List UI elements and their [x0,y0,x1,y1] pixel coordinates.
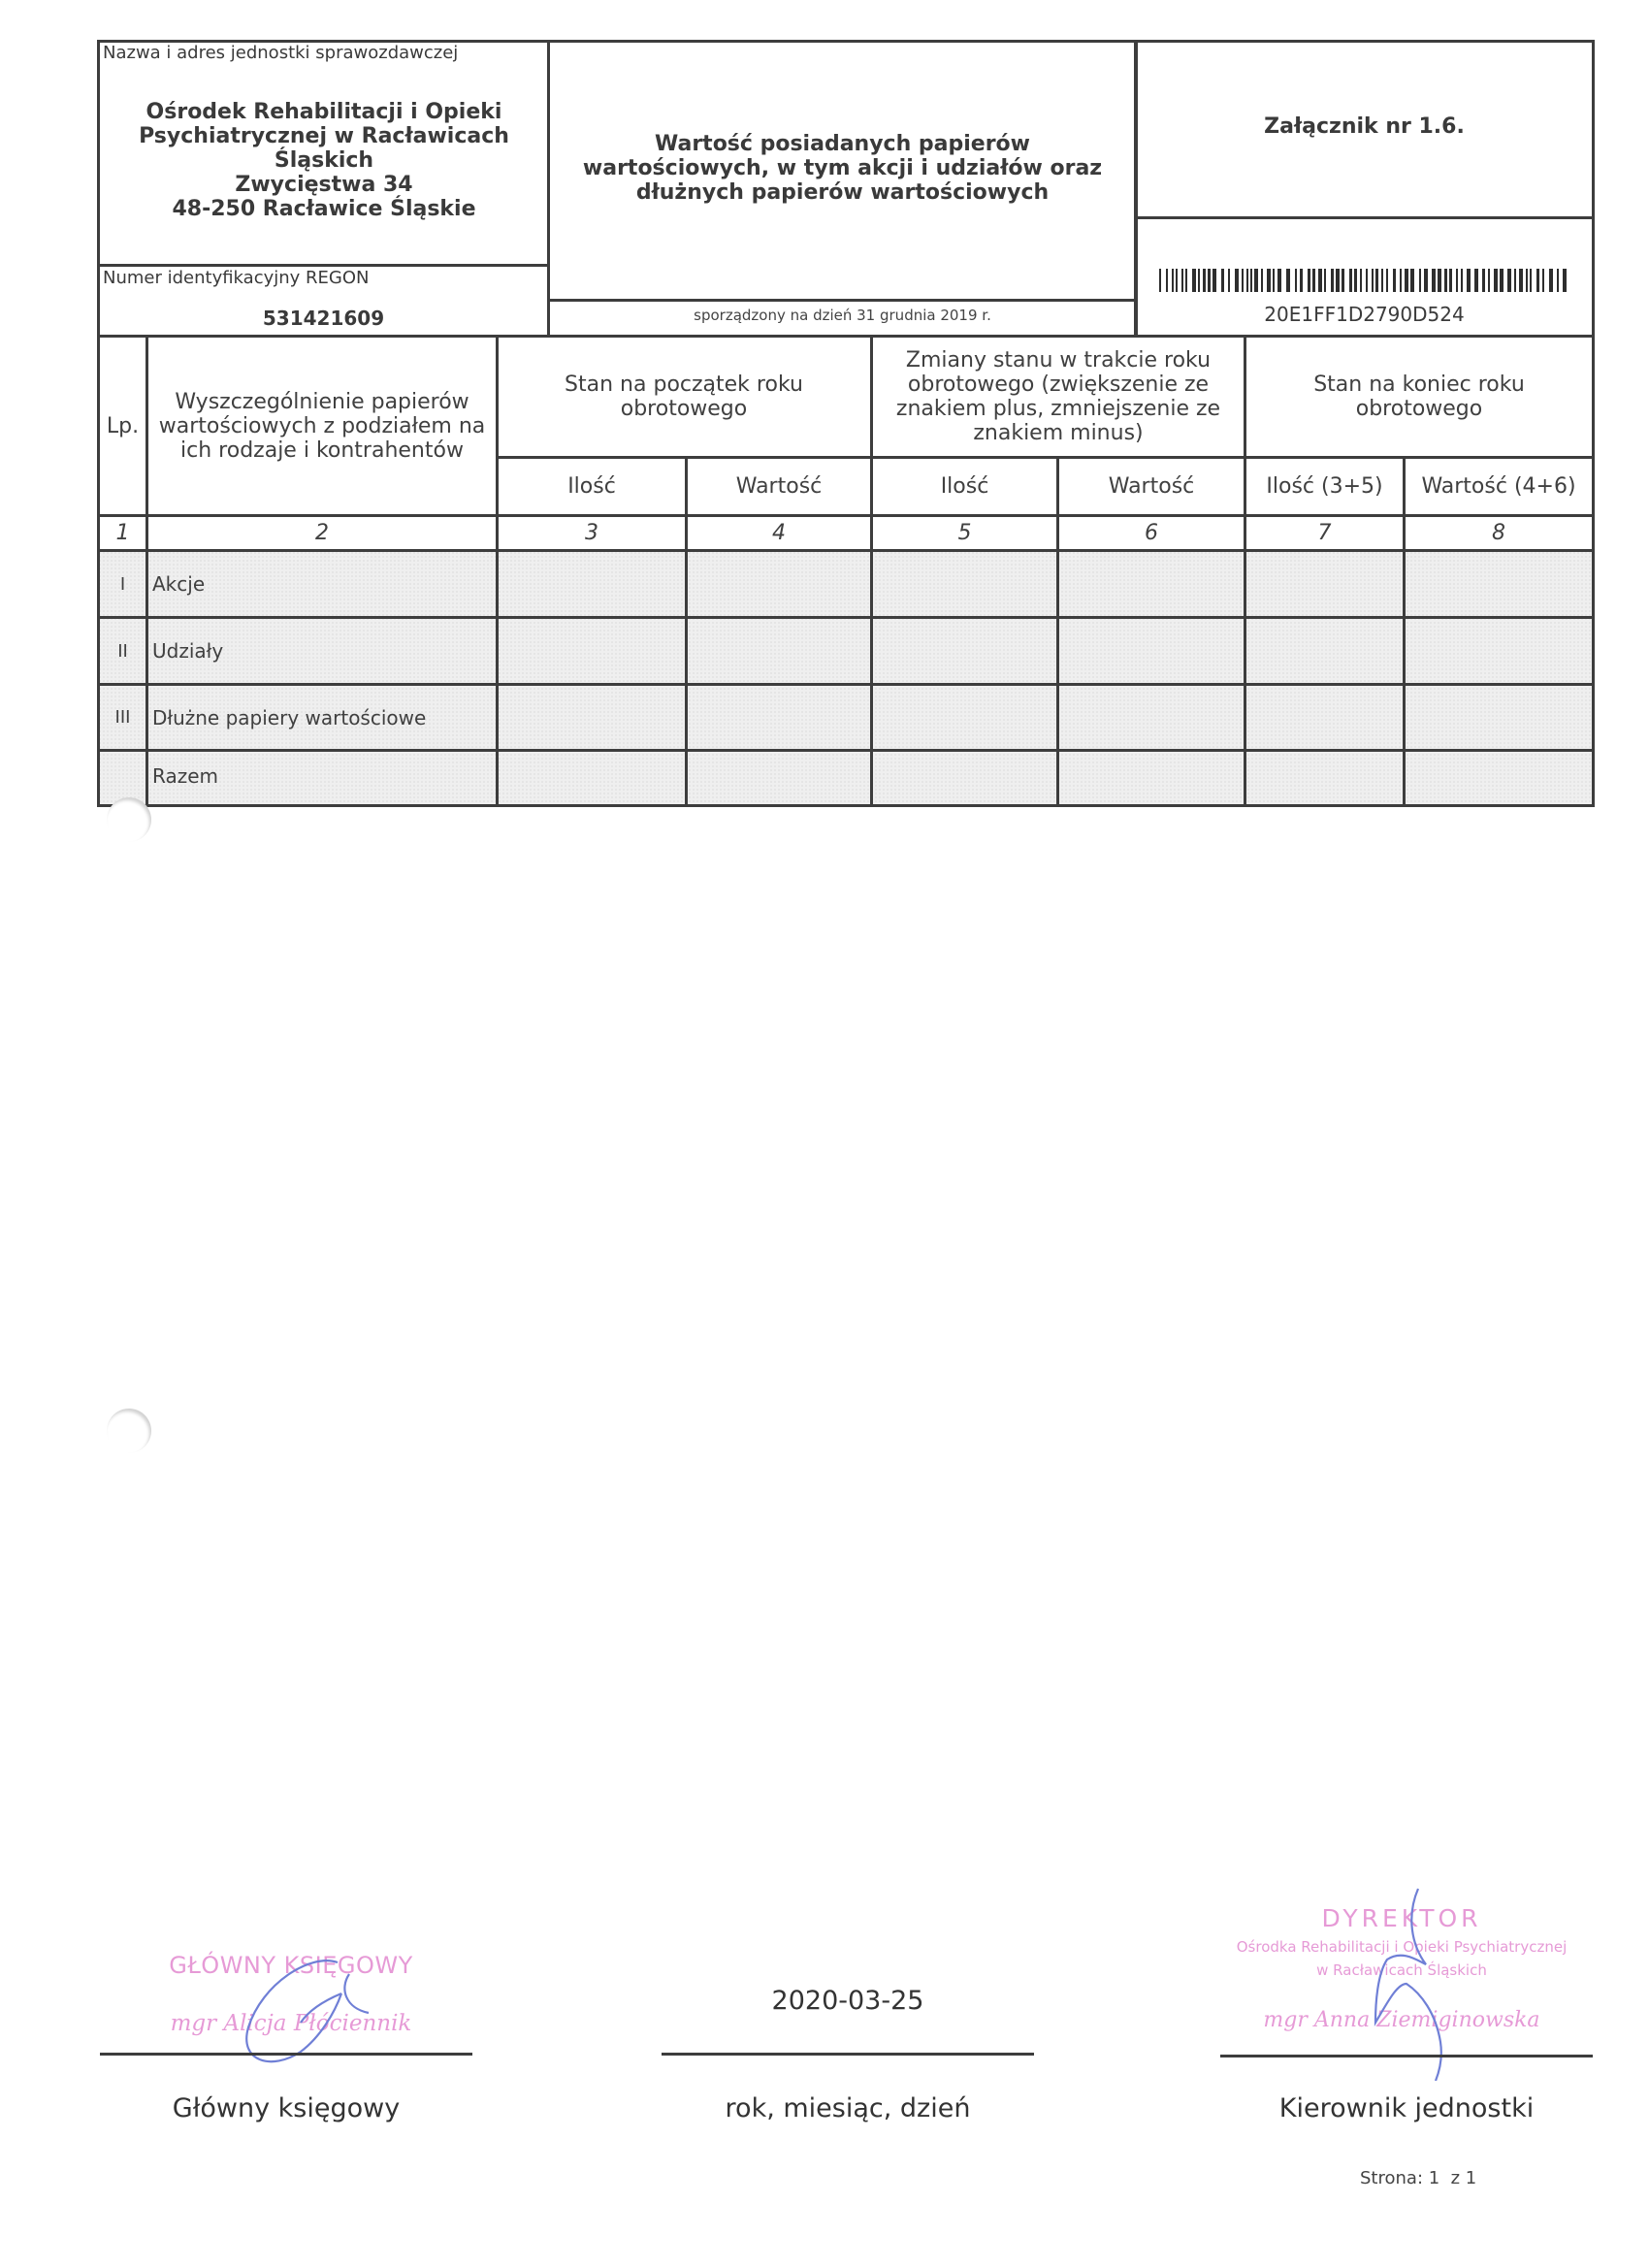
grid-line [1244,335,1246,807]
row-lp: II [100,619,145,683]
subheader-change-quantity: Ilość [873,459,1056,514]
chief-accountant-label: Główny księgowy [100,2093,472,2123]
grid-line [870,335,873,807]
subheader-start-quantity: Ilość [499,459,685,514]
date-label: rok, miesiąc, dzień [662,2093,1034,2123]
grid-line [97,616,1595,619]
header-lp: Lp. [100,338,145,514]
unit-name: Ośrodek Rehabilitacji i Opieki Psychiatr… [101,100,547,221]
chief-accountant-signature [233,1955,378,2076]
column-number: 2 [148,517,496,549]
column-number: 3 [499,517,685,549]
column-number: 1 [100,517,145,549]
header-start-of-year: Stan na początek roku obrotowego [543,338,824,456]
header-changes: Zmiany stanu w trakcie roku obrotowego (… [875,338,1242,456]
row-label: Razem [152,752,218,800]
grid-line [145,335,148,807]
punch-hole [107,1409,151,1453]
punch-hole [107,797,151,842]
prepared-date: sporządzony na dzień 31 grudnia 2019 r. [549,307,1136,324]
row-label: Udziały [152,619,223,683]
subheader-start-value: Wartość [688,459,870,514]
row-label: Dłużne papiery wartościowe [152,686,426,749]
row-lp: III [100,686,145,749]
grid-line [97,749,1595,752]
attachment-number: Załącznik nr 1.6. [1134,114,1595,139]
header-description: Wyszczególnienie papierów wartościowych … [151,338,493,514]
divider [1134,216,1595,219]
head-label: Kierownik jednostki [1220,2093,1593,2123]
grid-line [496,335,499,807]
barcode-icon [1159,269,1570,292]
column-number: 6 [1059,517,1244,549]
report-date: 2020-03-25 [662,1986,1034,2016]
grid-line [97,549,1595,552]
head-signature [1358,1887,1465,2081]
row-label: Akcje [152,552,205,616]
row-lp: I [100,552,145,616]
column-number: 8 [1406,517,1592,549]
subheader-end-value: Wartość (4+6) [1406,459,1592,514]
regon-value: 531421609 [97,307,550,330]
divider [547,299,1138,302]
column-number: 4 [688,517,870,549]
head-signature-line [1220,2055,1593,2057]
report-title: Wartość posiadanych papierów wartościowy… [549,132,1136,205]
divider [97,264,550,267]
subheader-change-value: Wartość [1059,459,1244,514]
attachment-block [1134,40,1595,338]
chief-accountant-signature-line [100,2053,472,2056]
column-number: 5 [873,517,1056,549]
unit-label: Nazwa i adres jednostki sprawozdawczej [103,43,458,63]
row-lp [100,752,145,800]
regon-label: Numer identyfikacyjny REGON [103,268,370,288]
date-line [662,2053,1034,2056]
column-number: 7 [1246,517,1403,549]
barcode-text: 20E1FF1D2790D524 [1134,303,1595,326]
header-end-of-year: Stan na koniec roku obrotowego [1305,338,1534,456]
page-number: Strona: 1 z 1 [1360,2168,1476,2188]
subheader-end-quantity: Ilość (3+5) [1246,459,1403,514]
